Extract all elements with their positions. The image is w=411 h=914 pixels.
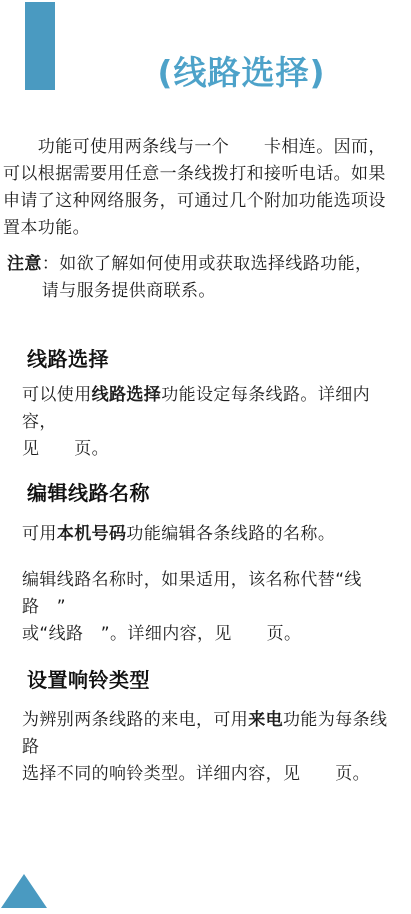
section-body-edit-name-1: 可用本机号码功能编辑各条线路的名称。: [22, 521, 399, 548]
text-segment: 可以使用: [22, 385, 92, 405]
text-segment: 可用: [22, 524, 57, 544]
page-title: (线路选择): [157, 56, 325, 89]
section-body-line-select: 可以使用线路选择功能设定每条线路。详细内容， 见 页。: [22, 382, 399, 463]
text-segment: 为辨别两条线路的来电，可用: [22, 710, 248, 730]
section-heading-edit-name: 编辑线路名称: [27, 481, 150, 506]
feature-name-own-number: 本机号码: [57, 524, 127, 544]
feature-name-line-select: 线路选择: [92, 385, 162, 405]
section-body-edit-name-2: 编辑线路名称时，如果适用，该名称代替“线路 ” 或“线路 ”。详细内容，见 页。: [22, 567, 399, 648]
section-heading-ring-type: 设置响铃类型: [27, 668, 150, 693]
note-text: ：如欲了解如何使用或获取选择线路功能， 请与服务提供商联系。: [7, 254, 372, 301]
intro-paragraph: 功能可使用两条线与一个 卡相连。因而， 可以根据需要用任意一条线拨打和接听电话。…: [3, 134, 407, 242]
note-paragraph: 注意：如欲了解如何使用或获取选择线路功能， 请与服务提供商联系。: [7, 251, 405, 305]
section-heading-line-select: 线路选择: [27, 347, 109, 372]
section-body-ring-type: 为辨别两条线路的来电，可用来电功能为每条线路 选择不同的响铃类型。详细内容，见 …: [22, 707, 399, 788]
manual-page: (线路选择) 功能可使用两条线与一个 卡相连。因而， 可以根据需要用任意一条线拨…: [0, 0, 411, 914]
feature-name-incoming-call: 来电: [248, 710, 283, 730]
corner-bar-decoration: [25, 2, 55, 90]
text-segment: 功能编辑各条线路的名称。: [126, 524, 335, 544]
bottom-triangle-decoration: [1, 874, 47, 908]
note-label: 注意: [7, 254, 42, 274]
